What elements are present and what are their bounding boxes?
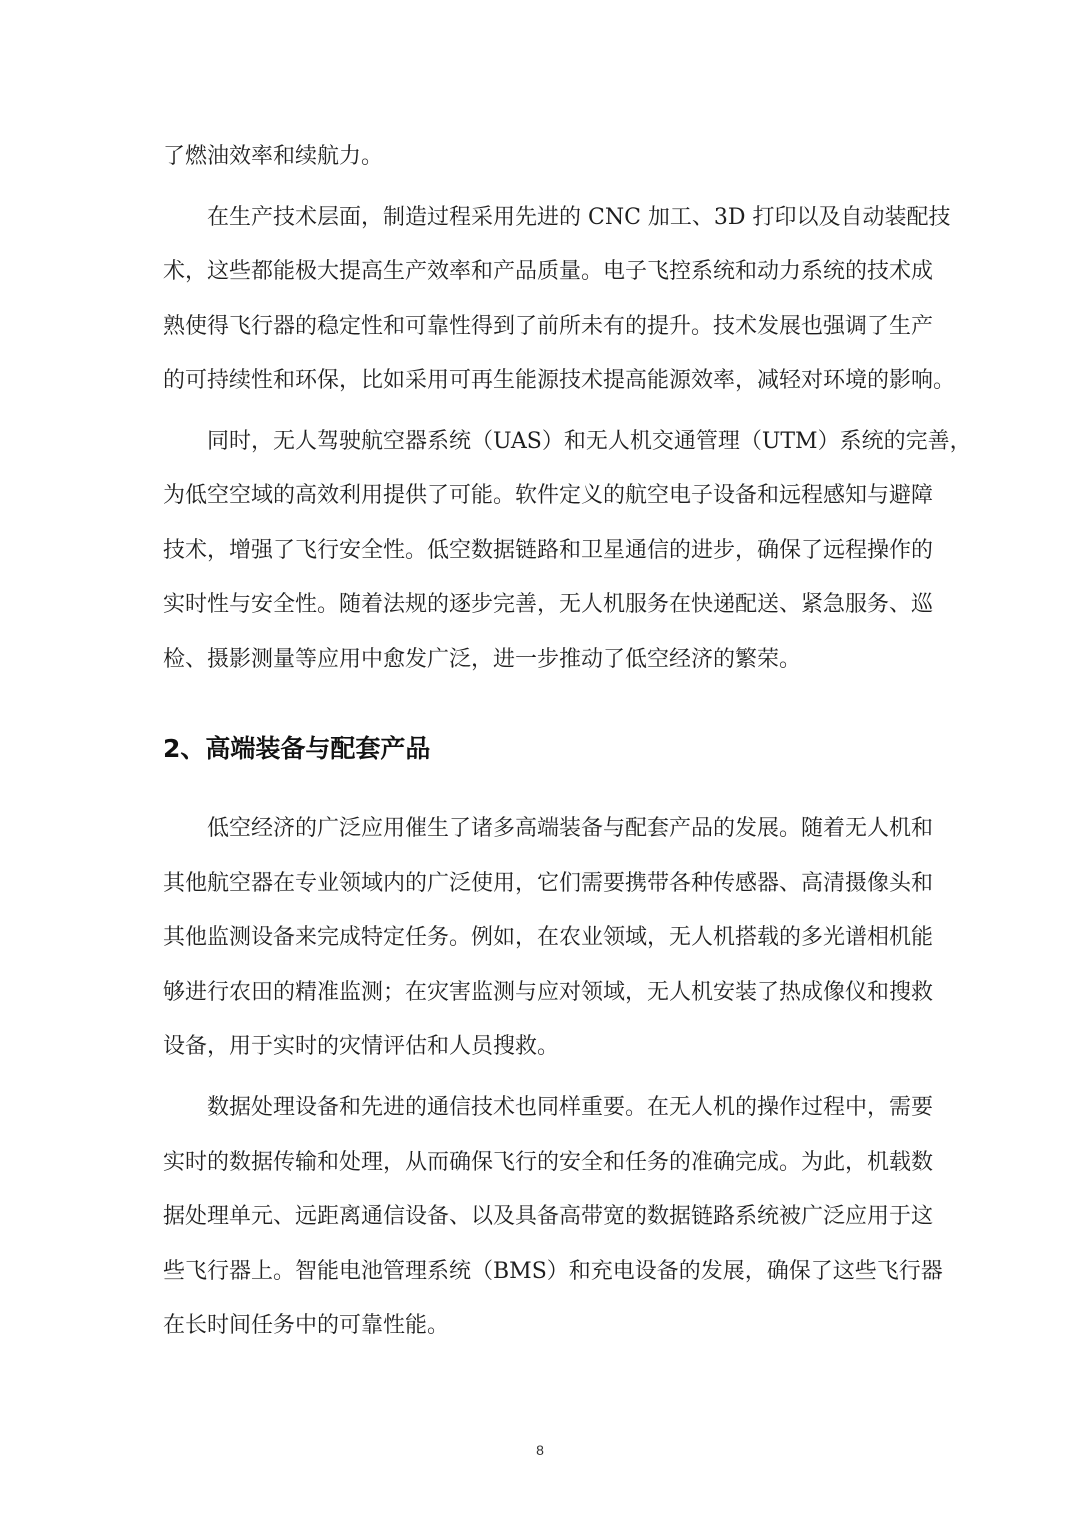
paragraph-line: 数据处理设备和先进的通信技术也同样重要。在无人机的操作过程中，需要 <box>163 1093 916 1123</box>
paragraph-line: 检、摄影测量等应用中愈发广泛，进一步推动了低空经济的繁荣。 <box>163 645 916 675</box>
document-page: 了燃油效率和续航力。 在生产技术层面，制造过程采用先进的 CNC 加工、3D 打… <box>0 0 1080 1527</box>
page-number: 8 <box>0 1442 1080 1458</box>
paragraph-line: 设备，用于实时的灾情评估和人员搜救。 <box>163 1032 916 1062</box>
paragraph-line: 实时性与安全性。随着法规的逐步完善，无人机服务在快递配送、紧急服务、巡 <box>163 590 916 620</box>
paragraph-line: 的可持续性和环保，比如采用可再生能源技术提高能源效率，减轻对环境的影响。 <box>163 366 916 396</box>
paragraph-line: 其他监测设备来完成特定任务。例如，在农业领域，无人机搭载的多光谱相机能 <box>163 923 916 953</box>
paragraph-line: 实时的数据传输和处理，从而确保飞行的安全和任务的准确完成。为此，机载数 <box>163 1148 916 1178</box>
paragraph-line: 在长时间任务中的可靠性能。 <box>163 1311 916 1341</box>
paragraph-line: 低空经济的广泛应用催生了诸多高端装备与配套产品的发展。随着无人机和 <box>163 814 916 844</box>
paragraph-line: 术，这些都能极大提高生产效率和产品质量。电子飞控系统和动力系统的技术成 <box>163 257 916 287</box>
paragraph-line: 熟使得飞行器的稳定性和可靠性得到了前所未有的提升。技术发展也强调了生产 <box>163 312 916 342</box>
paragraph-line: 够进行农田的精准监测；在灾害监测与应对领域，无人机安装了热成像仪和搜救 <box>163 978 916 1008</box>
paragraph-line: 了燃油效率和续航力。 <box>163 142 916 172</box>
paragraph-line: 同时，无人驾驶航空器系统（UAS）和无人机交通管理（UTM）系统的完善， <box>163 427 916 457</box>
section-heading: 2、高端装备与配套产品 <box>163 732 430 766</box>
paragraph-line: 些飞行器上。智能电池管理系统（BMS）和充电设备的发展，确保了这些飞行器 <box>163 1257 916 1287</box>
paragraph-line: 其他航空器在专业领域内的广泛使用，它们需要携带各种传感器、高清摄像头和 <box>163 869 916 899</box>
paragraph-line: 据处理单元、远距离通信设备、以及具备高带宽的数据链路系统被广泛应用于这 <box>163 1202 916 1232</box>
paragraph-line: 为低空空域的高效利用提供了可能。软件定义的航空电子设备和远程感知与避障 <box>163 481 916 511</box>
paragraph-line: 在生产技术层面，制造过程采用先进的 CNC 加工、3D 打印以及自动装配技 <box>163 203 916 233</box>
paragraph-line: 技术，增强了飞行安全性。低空数据链路和卫星通信的进步，确保了远程操作的 <box>163 536 916 566</box>
